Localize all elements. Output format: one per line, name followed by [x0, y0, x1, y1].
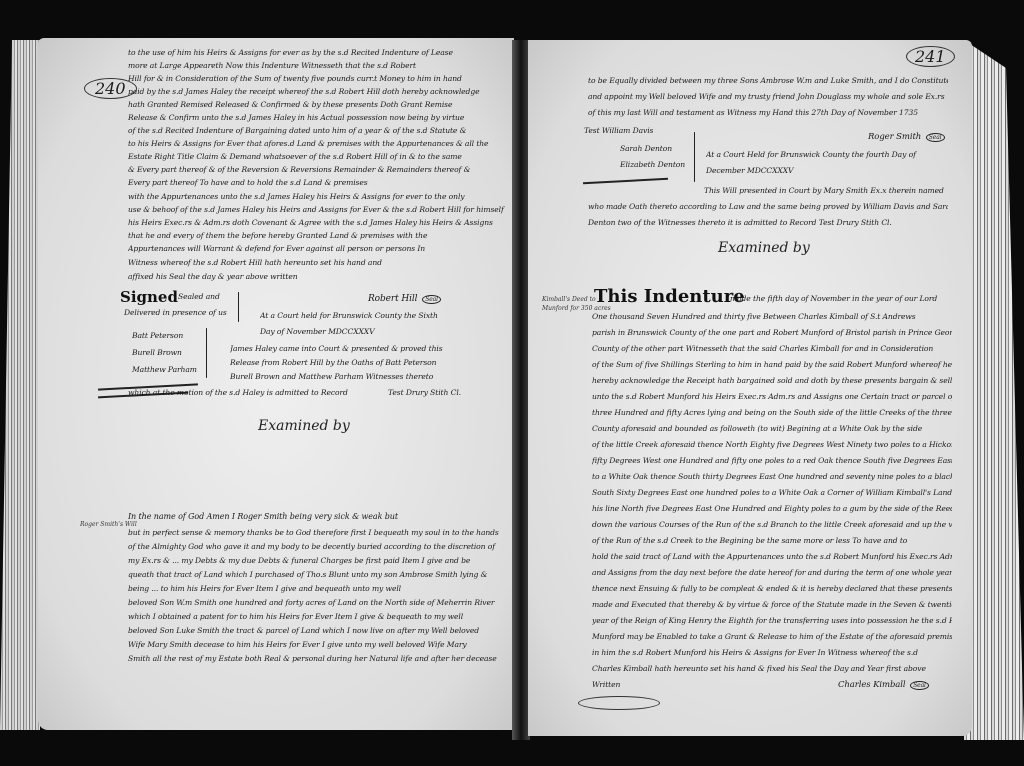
bracket — [206, 328, 207, 378]
margin-note-will: Roger Smith's Will — [80, 521, 137, 528]
indenture-line: down the various Courses of the Run of t… — [592, 520, 952, 529]
will-line: of the Almighty God who gave it and my b… — [128, 542, 508, 551]
indenture-line: year of the Reign of King Henry the Eigh… — [592, 616, 952, 625]
seal-mark: Seal — [422, 295, 441, 304]
text-line: paid by the s.d James Haley the receipt … — [128, 87, 508, 96]
will-continuation-line: of this my last Will and testament as Wi… — [588, 108, 948, 117]
text-line: of the s.d Recited Indenture of Bargaini… — [128, 126, 508, 135]
text-line-witness: Witness whereof the s.d Robert Hill hath… — [128, 258, 508, 267]
text-line: use & behoof of the s.d James Haley his … — [128, 205, 508, 214]
signed-heading: Signed — [120, 288, 178, 306]
will-line: but in perfect sense & memory thanks be … — [128, 528, 508, 537]
flourish-line — [583, 178, 668, 184]
court-note-line: At a Court held for Brunswick County the… — [260, 311, 500, 320]
witness-name: William Davis — [602, 126, 653, 135]
court-note-line: James Haley came into Court & presented … — [230, 344, 490, 353]
will-line: beloved Son W.m Smith one hundred and fo… — [128, 598, 508, 607]
indenture-line: three Hundred and fifty Acres lying and … — [592, 408, 952, 417]
court-note-line: which at the motion of the s.d Haley is … — [128, 388, 378, 397]
will-opening-line: In the name of God Amen I Roger Smith be… — [128, 512, 508, 521]
examined-by-note: Examined by — [258, 418, 350, 434]
text-line: with the Appurtenances unto the s.d Jame… — [128, 192, 508, 201]
court-note-line: Release from Robert Hill by the Oaths of… — [230, 358, 490, 367]
will-line: queath that tract of Land which I purcha… — [128, 570, 508, 579]
will-line: Smith all the rest of my Estate both Rea… — [128, 654, 508, 663]
text-line: & Every part thereof & of the Reversion … — [128, 165, 508, 174]
text-line: Release & Confirm unto the s.d James Hal… — [128, 113, 508, 122]
indenture-line-habendum: of the Run of the s.d Creek to the Begin… — [592, 536, 952, 545]
right-page-edges — [964, 40, 1024, 740]
flourish-oval — [578, 696, 660, 710]
test-label: Test — [584, 126, 600, 135]
will-line: Wife Mary Smith decease to him his Heirs… — [128, 640, 508, 649]
test-witnesses: Test William Davis — [584, 126, 653, 135]
indenture-heading: This Indenture — [594, 286, 745, 307]
will-line: beloved Son Luke Smith the tract & parce… — [128, 626, 508, 635]
indenture-line: Munford may be Enabled to take a Grant &… — [592, 632, 952, 641]
margin-note-deed: Kimball's Deed to — [542, 296, 596, 303]
left-page-edges — [0, 40, 40, 730]
witness-name: Batt Peterson — [132, 331, 183, 340]
text-line: affixed his Seal the day & year above wr… — [128, 272, 368, 281]
court-note-line: Day of November MDCCXXXV — [260, 327, 500, 336]
indenture-line: County of the other part Witnesseth that… — [592, 344, 952, 353]
court-note-line: At a Court Held for Brunswick County the… — [706, 150, 956, 159]
indenture-line: unto the s.d Robert Munford his Heirs Ex… — [592, 392, 952, 401]
witness-name: Matthew Parham — [132, 365, 197, 374]
will-line: which I obtained a patent for to him his… — [128, 612, 508, 621]
indenture-line: One thousand Seven Hundred and thirty fi… — [592, 312, 952, 321]
indenture-line-witness: in him the s.d Robert Munford his Heirs … — [592, 648, 952, 657]
page-number-right: 241 — [906, 46, 955, 67]
indenture-line: thence next Ensuing & fully to be comple… — [592, 584, 952, 593]
indenture-line: Charles Kimball hath hereunto set his ha… — [592, 664, 952, 673]
court-note-line: Burell Brown and Matthew Parham Witnesse… — [230, 372, 490, 381]
indenture-line: parish in Brunswick County of the one pa… — [592, 328, 952, 337]
signature-charles-kimball: Charles Kimball Seal — [838, 680, 929, 690]
seal-mark: Seal — [910, 681, 929, 690]
indenture-line: to a White Oak thence South thirty Degre… — [592, 472, 952, 481]
testator-name: Roger Smith — [868, 132, 921, 142]
will-continuation-line: and appoint my Well beloved Wife and my … — [588, 92, 948, 101]
examined-by-note: Examined by — [718, 240, 810, 256]
text-line: Hill for & in Consideration of the Sum o… — [128, 74, 508, 83]
text-line: Estate Right Title Claim & Demand whatso… — [128, 152, 508, 161]
indenture-line: of the Sum of five Shillings Sterling to… — [592, 360, 952, 369]
text-line-habendum: Every part thereof To have and to hold t… — [128, 178, 508, 187]
probate-line: This Will presented in Court by Mary Smi… — [704, 186, 954, 195]
indenture-line: and Assigns from the day next before the… — [592, 568, 952, 577]
will-line: being ... to him his Heirs for Ever Item… — [128, 584, 508, 593]
witness-name: Burell Brown — [132, 348, 182, 357]
will-continuation-line: to be Equally divided between my three S… — [588, 76, 948, 85]
indenture-line: hereby acknowledge the Receipt hath barg… — [592, 376, 952, 385]
text-line: Appurtenances will Warrant & defend for … — [128, 244, 508, 253]
right-page: 241 to be Equally divided between my thr… — [528, 40, 972, 736]
indenture-line: South Sixty Degrees East one hundred pol… — [592, 488, 952, 497]
text-line: more at Large Appeareth Now this Indentu… — [128, 61, 508, 70]
indenture-line: Written — [592, 680, 652, 689]
indenture-line: of the little Creek aforesaid thence Nor… — [592, 440, 952, 449]
text-line: to the use of him his Heirs & Assigns fo… — [128, 48, 508, 57]
indenture-line: hold the said tract of Land with the App… — [592, 552, 952, 561]
text-line: to his Heirs & Assigns for Ever that afo… — [128, 139, 508, 148]
indenture-line: made the fifth day of November in the ye… — [730, 294, 950, 303]
indenture-line: made and Executed that thereby & by virt… — [592, 600, 952, 609]
bracket — [238, 292, 239, 322]
signed-text: Delivered in presence of us — [124, 308, 227, 317]
signature-robert-hill: Robert Hill Seal — [368, 294, 441, 304]
clerk-attestation: Test Drury Stith Cl. — [388, 388, 488, 397]
indenture-line-begining: County aforesaid and bounded as followet… — [592, 424, 952, 433]
will-line: my Ex.rs & ... my Debts & my due Debts &… — [128, 556, 508, 565]
signature-roger-smith: Roger Smith Seal — [868, 132, 945, 142]
text-line: his Heirs Exec.rs & Adm.rs doth Covenant… — [128, 218, 508, 227]
left-page: 240 to the use of him his Heirs & Assign… — [38, 38, 514, 730]
text-line: hath Granted Remised Released & Confirme… — [128, 100, 508, 109]
witness-name: Sarah Denton — [620, 144, 672, 153]
indenture-line: his line North five Degrees East One Hun… — [592, 504, 952, 513]
probate-line: who made Oath thereto according to Law a… — [588, 202, 948, 211]
seal-mark: Seal — [926, 133, 945, 142]
open-ledger-book: 240 to the use of him his Heirs & Assign… — [0, 0, 1024, 766]
signed-text: Sealed and — [178, 292, 220, 301]
text-line: that he and every of them the before her… — [128, 231, 508, 240]
indenture-line: fifty Degrees West one Hundred and fifty… — [592, 456, 952, 465]
witness-name: Elizabeth Denton — [620, 160, 685, 169]
probate-line: Denton two of the Witnesses thereto it i… — [588, 218, 948, 227]
grantor-name: Charles Kimball — [838, 680, 906, 690]
bracket — [694, 132, 695, 182]
court-note-line: December MDCCXXXV — [706, 166, 956, 175]
signatory-name: Robert Hill — [368, 294, 417, 304]
